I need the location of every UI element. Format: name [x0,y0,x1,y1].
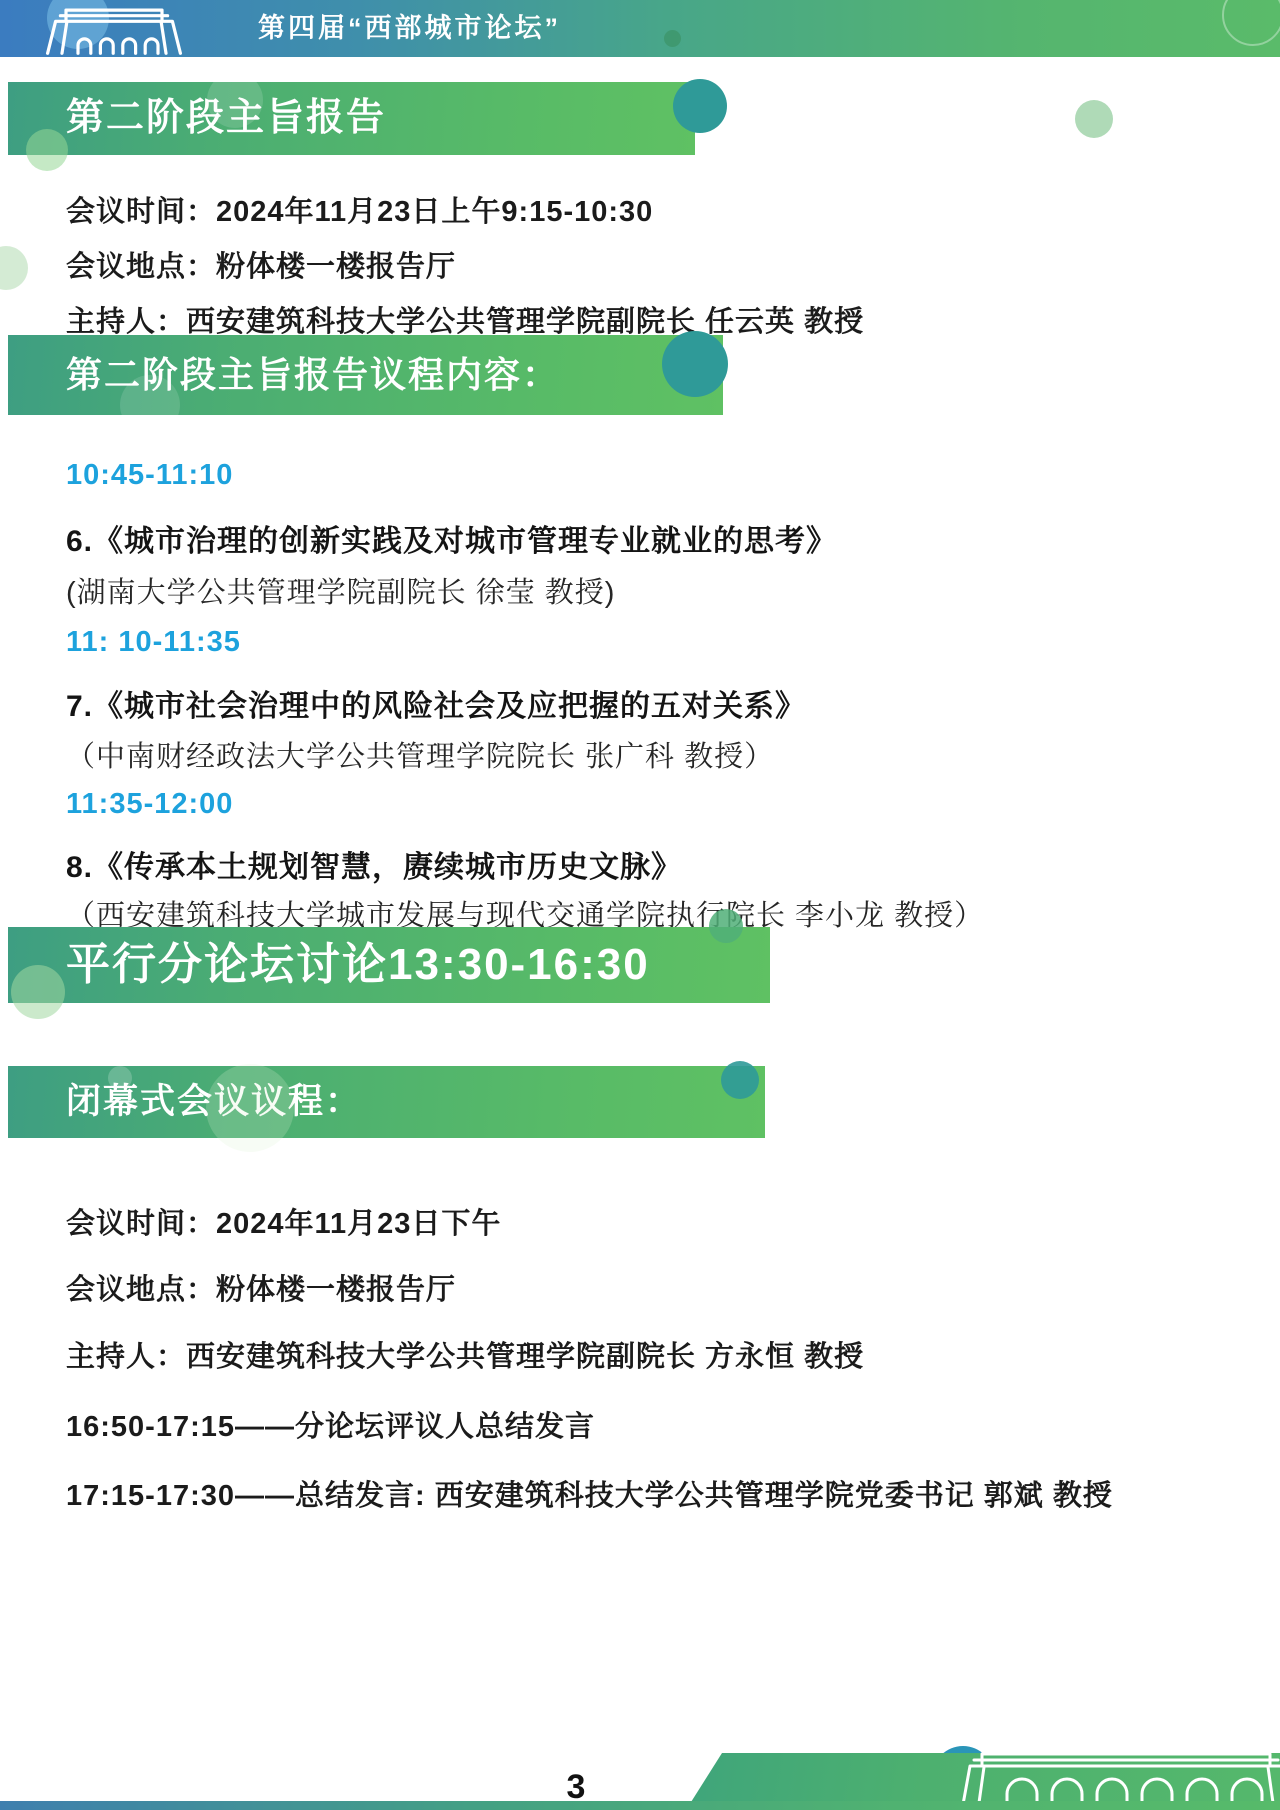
decorative-circle [120,375,180,435]
decorative-circle [664,30,681,47]
agenda-item-title: 7.《城市社会治理中的风险社会及应把握的五对关系》 [66,681,806,725]
agenda-time: 11:35-12:00 [66,788,233,821]
forum-title: 第四届“西部城市论坛” [258,0,561,57]
decorative-ring [1222,0,1280,46]
meeting-place-line: 会议地点：粉体楼一楼报告厅 [66,244,456,285]
decorative-circle [108,1066,132,1090]
decorative-circle [206,1064,294,1152]
bottom-gradient-strip [0,1801,1280,1810]
closing-summary-line: 16:50-17:15——分论坛评议人总结发言 [66,1404,595,1445]
closing-host-line: 主持人：西安建筑科技大学公共管理学院副院长 方永恒 教授 [66,1334,864,1375]
decorative-circle [26,129,68,171]
decorative-circle [1075,100,1113,138]
agenda-page: 第四届“西部城市论坛” 第二阶段主旨报告 会议时间：2024年11月23日上午9… [0,0,1280,1810]
agenda-time: 10:45-11:10 [66,459,233,492]
decorative-circle [709,909,743,943]
decorative-circle [207,72,263,128]
agenda-item-title: 8.《传承本土规划智慧，赓续城市历史文脉》 [66,842,682,886]
decorative-circle [721,1061,759,1099]
agenda-item-title: 6.《城市治理的创新实践及对城市管理专业就业的思考》 [66,516,837,560]
decorative-circle [673,79,727,133]
agenda-item-speaker: （中南财经政法大学公共管理学院院长 张广科 教授） [66,734,774,775]
section-banner-stage2-report: 第二阶段主旨报告 [8,82,695,155]
meeting-time-line: 会议时间：2024年11月23日上午9:15-10:30 [66,189,653,230]
host-line: 主持人：西安建筑科技大学公共管理学院副院长 任云英 教授 [66,299,864,340]
agenda-item-speaker: (湖南大学公共管理学院副院长 徐莹 教授) [66,570,615,611]
top-header-bar: 第四届“西部城市论坛” [0,0,1280,57]
section-banner-stage2-agenda: 第二阶段主旨报告议程内容： [8,335,723,415]
decorative-circle [0,246,28,290]
closing-meeting-time-line: 会议时间：2024年11月23日下午 [66,1201,501,1242]
decorative-circle [11,965,65,1019]
city-gate-icon [38,2,190,55]
agenda-time: 11: 10-11:35 [66,626,241,659]
closing-final-remarks-line: 17:15-17:30——总结发言: 西安建筑科技大学公共管理学院党委书记 郭斌… [66,1473,1113,1514]
banner-label: 平行分论坛讨论13:30-16:30 [66,940,650,989]
closing-meeting-place-line: 会议地点：粉体楼一楼报告厅 [66,1267,456,1308]
decorative-circle [662,331,728,397]
banner-parallel-forums: 平行分论坛讨论13:30-16:30 [8,927,770,1003]
